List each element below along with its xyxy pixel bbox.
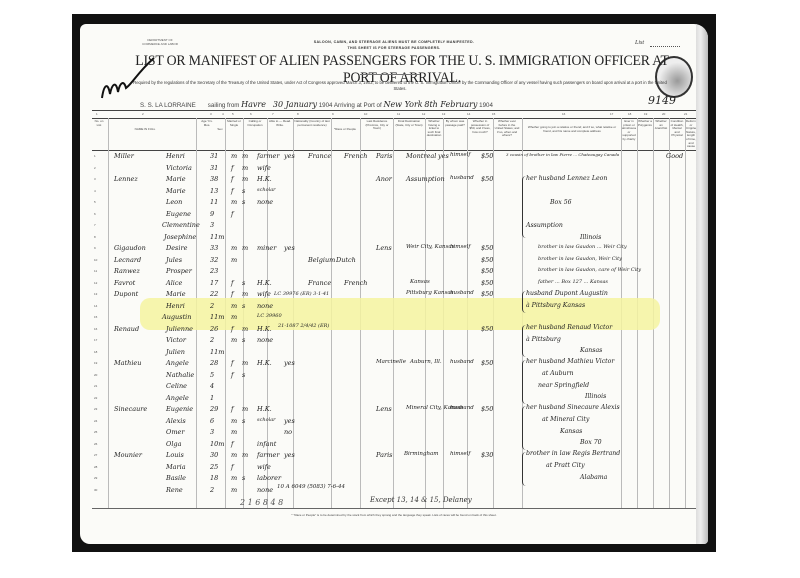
age: 9: [210, 210, 214, 218]
relative-address: her husband Lennez Leon: [526, 175, 607, 182]
given-name: Angele: [166, 359, 189, 367]
col-header-nationality: Nationality (Country of last permanent r…: [294, 120, 330, 148]
sex: m: [231, 244, 237, 252]
married: s: [242, 417, 245, 425]
row-number: 4: [94, 189, 96, 193]
footnote: * "Race or People" is to be determined b…: [80, 513, 708, 517]
paid-by: husband: [450, 405, 474, 411]
header-rule-bottom: [92, 150, 696, 151]
col-num: 11: [397, 112, 400, 116]
sex: m: [231, 152, 237, 160]
row-number: 16: [94, 327, 97, 331]
col-header-polygamist: Whether a Polygamist: [638, 120, 652, 148]
given-name: Henri: [166, 152, 185, 160]
row-number: 12: [94, 281, 97, 285]
col-header-last-residence: Last Residence (Province, City or Town): [362, 120, 392, 148]
given-name: Henri: [166, 302, 185, 310]
given-name: Basile: [166, 474, 186, 482]
destination: Birmingham: [404, 451, 439, 457]
occupation: infant: [257, 440, 276, 448]
married: m: [242, 290, 248, 298]
occupation: miner: [257, 244, 276, 252]
clerical-annotation: 21-1087 2/4/42 (ER): [278, 323, 329, 329]
passenger-row: 30 Rene 2 m none 10 A 6049 (5083) 7-6-44: [92, 486, 696, 497]
last-residence: Anor: [376, 175, 392, 183]
given-name: Alice: [166, 279, 182, 287]
money: $50: [481, 325, 493, 333]
occupation: farmer: [257, 152, 280, 160]
list-number: 9149: [648, 94, 676, 107]
sex: f: [231, 164, 233, 172]
given-name: Augustin: [162, 313, 191, 321]
read-write: yes: [284, 152, 295, 160]
relative-address: father ... Box 127 ... Kansas: [538, 279, 608, 285]
occupation: H.K.: [257, 175, 272, 183]
given-name: Desire: [166, 244, 187, 252]
given-name: Alexis: [166, 417, 186, 425]
given-name: Maria: [166, 463, 186, 471]
married: m: [242, 325, 248, 333]
given-name: Victoria: [166, 164, 192, 172]
surname: Renaud: [114, 325, 139, 333]
row-number: 18: [94, 350, 97, 354]
paid-by: husband: [450, 175, 474, 181]
bottom-stamp: 2 1 6 8 4 8: [240, 498, 283, 507]
row-number: 9: [94, 246, 96, 250]
occupation: H.K.: [257, 325, 272, 333]
row-number: 17: [94, 338, 97, 342]
nationality: Belgium: [308, 256, 335, 264]
age: 22: [210, 290, 218, 298]
last-residence: Lens: [376, 244, 392, 252]
age: 4: [210, 382, 214, 390]
age: 11m: [210, 348, 224, 356]
arriving-label: Arriving at Port of: [334, 102, 382, 109]
nationality: France: [308, 152, 331, 160]
occupation: wife: [257, 290, 271, 298]
age: 3: [210, 221, 214, 229]
married: s: [242, 336, 245, 344]
relative-address: her husband Mathieu Victor: [526, 358, 614, 365]
list-label: List: [635, 40, 644, 46]
sex: m: [231, 428, 237, 436]
given-name: Leon: [166, 198, 182, 206]
row-number: 3: [94, 177, 96, 181]
money: $50: [481, 279, 493, 287]
age: 6: [210, 417, 214, 425]
passenger-row: 17 Victor 2 m s none: [92, 336, 696, 347]
passenger-row: 6 Eugene 9 f: [92, 210, 696, 221]
surname: Mounier: [114, 451, 142, 459]
occupation: H.K.: [257, 405, 272, 413]
money: $30: [481, 451, 493, 459]
sex: m: [231, 313, 237, 321]
married: m: [242, 175, 248, 183]
given-name: Olga: [166, 440, 181, 448]
money: $50: [481, 152, 493, 160]
married: s: [242, 198, 245, 206]
col-num: 16: [562, 112, 565, 116]
arrival-date: 8th February: [424, 100, 477, 109]
surname: Ranwez: [114, 267, 140, 275]
clerical-annotation: 10 A 6049 (5083) 7-6-44: [277, 484, 345, 490]
sailing-date: 30 January: [273, 100, 317, 109]
occupation: laborer: [257, 474, 281, 482]
given-name: Eugenie: [166, 405, 193, 413]
married: m: [242, 244, 248, 252]
title-divider: [360, 74, 420, 75]
age: 11m: [210, 313, 224, 321]
sailing-from-label: sailing from: [208, 102, 240, 109]
col-num: 10: [364, 112, 367, 116]
clerical-annotation: LC 39960: [257, 313, 282, 319]
col-header-before-us: Whether ever before in the United States…: [494, 120, 520, 148]
last-residence: Paris: [376, 152, 392, 160]
row-number: 8: [94, 235, 96, 239]
col-num: 6: [250, 112, 252, 116]
age: 17: [210, 279, 218, 287]
sex: f: [231, 175, 233, 183]
read-write: yes: [284, 359, 295, 367]
married: s: [242, 279, 245, 287]
row-number: 25: [94, 430, 97, 434]
married: s: [242, 474, 245, 482]
col-num: 2: [142, 112, 144, 116]
col-header-occupation: Calling or Occupation: [244, 120, 266, 148]
given-name: Louis: [166, 451, 184, 459]
destination: Auburn, Ill.: [410, 359, 442, 365]
race: French: [344, 152, 367, 160]
read-write: yes: [284, 244, 295, 252]
age: 18: [210, 474, 218, 482]
given-name: Marie: [166, 290, 186, 298]
row-number: 7: [94, 223, 96, 227]
occupation: wife: [257, 463, 271, 471]
sex: m: [231, 417, 237, 425]
row-number: 23: [94, 407, 97, 411]
col-num: 19: [644, 112, 647, 116]
passenger-row: 20 Nathalie 5 f s: [92, 371, 696, 382]
passenger-row-highlighted: 15 Augustin 11m m LC 39960: [92, 313, 696, 324]
col-num: 18: [628, 112, 631, 116]
age: 28: [210, 359, 218, 367]
occupation: H.K.: [257, 279, 272, 287]
sex: f: [231, 290, 233, 298]
passenger-row: 22 Angele 1: [92, 394, 696, 405]
col-num: 7: [272, 112, 274, 116]
paid-by: himself: [450, 451, 470, 457]
passenger-row-highlighted: 14 Henri 2 m s none: [92, 302, 696, 313]
col-num: 4: [222, 112, 224, 116]
money: $50: [481, 256, 493, 264]
relative-address: 3 cousin of brother in law Pierre ... Ch…: [506, 152, 619, 157]
given-name: Eugene: [166, 210, 191, 218]
col-header-money: Whether in possession of $50, and if les…: [468, 120, 492, 148]
married: m: [242, 451, 248, 459]
row-number: 13: [94, 292, 97, 296]
surname: Lennez: [114, 175, 138, 183]
paid-by: husband: [450, 359, 474, 365]
relative-address: brother in law Gaudon, Weir City: [538, 256, 622, 262]
given-name: Clementine: [162, 221, 200, 229]
married: m: [242, 152, 248, 160]
race: Dutch: [336, 256, 356, 264]
occupation: farmer: [257, 451, 280, 459]
read-write: no: [284, 428, 292, 436]
sailing-port: Havre: [241, 100, 266, 109]
given-name: Omer: [166, 428, 184, 436]
destination: Pittsburg Kansas: [406, 290, 454, 296]
col-header-prison: Ever in prison or almshouse or supported…: [622, 120, 636, 148]
occupation: none: [257, 486, 273, 494]
row-number: 28: [94, 465, 97, 469]
passenger-row: 21 Celine 4: [92, 382, 696, 393]
given-name: Marie: [166, 187, 186, 195]
row-number: 20: [94, 373, 97, 377]
money: $50: [481, 175, 493, 183]
row-number: 21: [94, 384, 97, 388]
sex: m: [231, 256, 237, 264]
col-header-health: Condition of Health, Mental and Physical: [670, 120, 684, 148]
top-notice-2: THIS SHEET IS FOR STEERAGE PASSENGERS.: [80, 46, 708, 50]
row-number: 6: [94, 212, 96, 216]
money: $50: [481, 359, 493, 367]
col-header-no: No. on List: [92, 120, 106, 148]
row-number: 14: [94, 304, 97, 308]
passenger-row: 9 Gigaudon Desire 33 m m miner yes Lens …: [92, 244, 696, 255]
age: 29: [210, 405, 218, 413]
ship-prefix: S. S.: [140, 102, 153, 109]
last-residence: Paris: [376, 451, 392, 459]
money: $50: [481, 290, 493, 298]
age: 11m: [210, 233, 224, 241]
col-header-ticket: Whether having a ticket to such final de…: [426, 120, 442, 148]
col-num: 21: [684, 112, 687, 116]
top-notice-1: SALOON, CABIN, AND STEERAGE ALIENS MUST …: [80, 40, 708, 44]
page-edge: [696, 24, 708, 544]
age: 5: [210, 371, 214, 379]
sex: m: [231, 451, 237, 459]
relative-address: her husband Renaud Victor: [526, 324, 612, 331]
occupation: H.K.: [257, 359, 272, 367]
given-name: Prosper: [166, 267, 192, 275]
passenger-row: 24 Alexis 6 m s scholar yes: [92, 417, 696, 428]
nationality: France: [308, 279, 331, 287]
surname: Gigaudon: [114, 244, 146, 252]
col-header-read-write: Able to — Read. Write.: [268, 120, 292, 148]
row-number: 30: [94, 488, 97, 492]
row-number: 1: [94, 154, 96, 158]
passenger-row: 4 Marie 13 f s scholar: [92, 187, 696, 198]
col-header-deformed: Deformed or Crippled. Nature, length of …: [686, 120, 696, 148]
col-num: 14: [467, 112, 470, 116]
occupation: none: [257, 198, 273, 206]
row-number: 24: [94, 419, 97, 423]
given-name: Josephine: [164, 233, 196, 241]
relative-address: brother in law Gaudon, care of Weir City: [538, 267, 641, 273]
sex: f: [231, 405, 233, 413]
col-num: 15: [492, 112, 495, 116]
age: 26: [210, 325, 218, 333]
col-num: 8: [297, 112, 299, 116]
sex: f: [231, 463, 233, 471]
passenger-row: 10 Lecnard Jules 32 m Belgium Dutch $50 …: [92, 256, 696, 267]
col-num: 13: [442, 112, 445, 116]
surname: Sinecaure: [114, 405, 147, 413]
given-name: Marie: [166, 175, 186, 183]
read-write: yes: [284, 451, 295, 459]
col-num: 5: [232, 112, 234, 116]
row-number: 22: [94, 396, 97, 400]
occupation: scholar: [257, 417, 276, 423]
col-num: 1: [96, 112, 98, 116]
col-num: 3: [210, 112, 212, 116]
surname: Mathieu: [114, 359, 141, 367]
last-residence: Lens: [376, 405, 392, 413]
paid-by: husband: [450, 290, 474, 296]
occupation: wife: [257, 164, 271, 172]
destination: Assumption: [406, 175, 445, 183]
sex: m: [231, 336, 237, 344]
relative-address: brother in law Gaudon ... Weir City: [538, 244, 627, 250]
given-name: Julien: [166, 348, 185, 356]
married: s: [242, 187, 245, 195]
required-notice: Required by the regulations of the Secre…: [130, 80, 670, 92]
passenger-row: 26 Olga 10m f infant: [92, 440, 696, 451]
destination: Montreal: [406, 152, 436, 160]
surname: Favrot: [114, 279, 135, 287]
row-number: 19: [94, 361, 97, 365]
health: Good: [666, 152, 683, 160]
col-header-anarchist: Whether an Anarchist: [654, 120, 668, 148]
age: 30: [210, 451, 218, 459]
passenger-row: 8 Josephine 11m: [92, 233, 696, 244]
passenger-row: 12 Favrot Alice 17 f s H.K. France Frenc…: [92, 279, 696, 290]
money: $50: [481, 267, 493, 275]
age: 1: [210, 394, 214, 402]
sex: m: [231, 486, 237, 494]
header-rule-mid: [92, 118, 696, 119]
ticket: yes: [438, 152, 449, 160]
voyage-info: S. S. LA LORRAINE sailing from Havre 30 …: [140, 100, 680, 109]
passenger-row: 29 Basile 18 m s laborer: [92, 474, 696, 485]
age: 31: [210, 164, 218, 172]
age: 33: [210, 244, 218, 252]
age: 2: [210, 302, 214, 310]
given-name: Angele: [166, 394, 189, 402]
age: 2: [210, 336, 214, 344]
sex: f: [231, 325, 233, 333]
destination: Kansas: [410, 279, 430, 285]
col-num: 12: [422, 112, 425, 116]
header-rule-top: [92, 110, 696, 111]
occupation: none: [257, 302, 273, 310]
sex: m: [231, 474, 237, 482]
sex: f: [231, 371, 233, 379]
money: $50: [481, 405, 493, 413]
occupation: scholar: [257, 187, 276, 193]
sex: f: [231, 187, 233, 195]
age: 31: [210, 152, 218, 160]
passenger-row: 5 Leon 11 m s none: [92, 198, 696, 209]
married: s: [242, 371, 245, 379]
row-number: 27: [94, 453, 97, 457]
paid-by: himself: [450, 152, 470, 158]
clerical-annotation: LC 39976 (ER) 3-1-41: [274, 291, 329, 297]
col-num: 9: [332, 112, 334, 116]
passenger-row: 7 Clementine 3: [92, 221, 696, 232]
given-name: Celine: [166, 382, 187, 390]
ship-name: LA LORRAINE: [155, 102, 196, 109]
given-name: Victor: [166, 336, 186, 344]
given-name: Nathalie: [166, 371, 194, 379]
read-write: yes: [284, 417, 295, 425]
sex: f: [231, 440, 233, 448]
col-header-paid-by: By whom was passage paid?: [444, 120, 466, 148]
sex: m: [231, 302, 237, 310]
paid-by: himself: [450, 244, 470, 250]
sex: f: [231, 359, 233, 367]
row-number: 26: [94, 442, 97, 446]
row-number: 10: [94, 258, 97, 262]
passenger-row: 1 Miller Henri 31 m m farmer yes France …: [92, 152, 696, 163]
col-header-age: Age Yrs. Mos.: [198, 120, 216, 148]
col-num: 17: [610, 112, 613, 116]
occupation: none: [257, 336, 273, 344]
relative-address: husband Dupont Augustin: [526, 290, 608, 297]
age: 23: [210, 267, 218, 275]
row-number: 15: [94, 315, 97, 319]
passenger-row: 28 Maria 25 f wife: [92, 463, 696, 474]
relative-address: brother in law Regis Bertrand: [526, 450, 620, 457]
footer-rule: [92, 508, 696, 509]
age: 11: [210, 198, 218, 206]
row-number: 29: [94, 476, 97, 480]
money: $50: [481, 244, 493, 252]
bottom-annotation: Except 13, 14 & 15, Delaney: [370, 496, 472, 504]
given-name: Julienne: [166, 325, 193, 333]
last-residence: Marcinelle: [376, 359, 406, 365]
destination: Weir City, Kansas: [406, 244, 455, 250]
passenger-row: 11 Ranwez Prosper 23 $50 brother in law …: [92, 267, 696, 278]
relative-address: her husband Sinecaure Alexis: [526, 404, 620, 411]
sex: f: [231, 210, 233, 218]
married: s: [242, 302, 245, 310]
surname: Miller: [114, 152, 134, 160]
sailing-year: 1904: [319, 102, 333, 109]
age: 38: [210, 175, 218, 183]
age: 25: [210, 463, 218, 471]
sex: f: [231, 279, 233, 287]
list-blank-line: [650, 46, 680, 47]
arrival-year: 1904: [479, 102, 493, 109]
race: French: [344, 279, 367, 287]
age: 32: [210, 256, 218, 264]
surname: Lecnard: [114, 256, 141, 264]
row-number: 2: [94, 166, 96, 170]
row-number: 5: [94, 200, 96, 204]
married: m: [242, 405, 248, 413]
row-number: 11: [94, 269, 97, 273]
age: 3: [210, 428, 214, 436]
age: 10m: [210, 440, 224, 448]
passenger-row: 25 Omer 3 m no: [92, 428, 696, 439]
married: m: [242, 164, 248, 172]
age: 13: [210, 187, 218, 195]
passenger-row: 18 Julien 11m: [92, 348, 696, 359]
given-name: Jules: [166, 256, 182, 264]
surname: Dupont: [114, 290, 138, 298]
